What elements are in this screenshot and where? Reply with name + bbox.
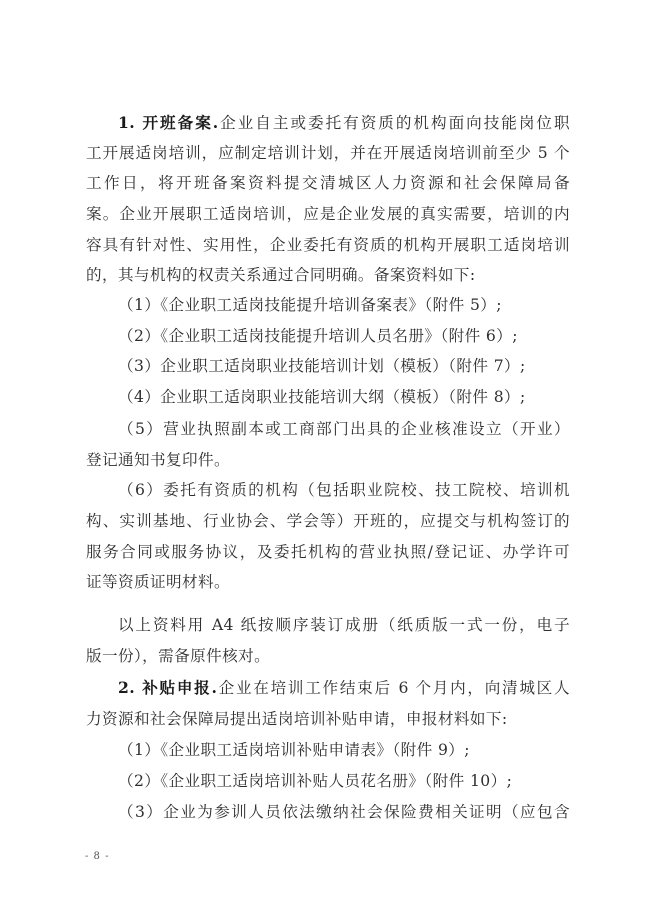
- list-item-5-cont: 登记通知书复印件。: [86, 449, 570, 471]
- list-item-6-cont-3: 证等资质证明材料。: [86, 571, 570, 593]
- list-item-3: （3）企业职工适岗职业技能培训计划（模板）（附件 7）;: [118, 355, 570, 377]
- list-item-2: （2）《企业职工适岗技能提升培训人员名册》（附件 6）;: [118, 325, 570, 347]
- section1-line-6: 的，其与机构的权责关系通过合同明确。备案资料如下:: [86, 264, 570, 286]
- section2-line-2: 力资源和社会保障局提出适岗培训补贴申请，申报材料如下:: [86, 708, 570, 730]
- list-item-5: （5）营业执照副本或工商部门出具的企业核准设立（开业）: [118, 418, 570, 440]
- list-item-1: （1）《企业职工适岗技能提升培训备案表》（附件 5）;: [118, 294, 570, 316]
- list-item-6-cont-2: 服务合同或服务协议，及委托机构的营业执照/登记证、办学许可: [86, 541, 570, 563]
- list-item-6: （6）委托有资质的机构（包括职业院校、技工院校、培训机: [118, 479, 570, 501]
- section1-line-5: 容具有针对性、实用性，企业委托有资质的机构开展职工适岗培训: [86, 234, 570, 256]
- section2-item-3: （3）企业为参训人员依法缴纳社会保险费相关证明（应包含: [118, 801, 570, 823]
- document-page: 1. 开班备案.企业自主或委托有资质的机构面向技能岗位职 工开展适岗培训，应制定…: [0, 0, 650, 913]
- section2-line-1: 2. 补贴申报.企业在培训工作结束后 6 个月内，向清城区人: [118, 677, 570, 699]
- section2-item-2: （2）《企业职工适岗培训补贴人员花名册》（附件 10）;: [118, 770, 570, 792]
- list-item-4: （4）企业职工适岗职业技能培训大纲（模板）（附件 8）;: [118, 386, 570, 408]
- section1-line-2: 工开展适岗培训，应制定培训计划，并在开展适岗培训前至少 5 个: [86, 142, 570, 164]
- list-item-6-cont-1: 构、实训基地、行业协会、学会等）开班的，应提交与机构签订的: [86, 510, 570, 532]
- section2-item-1: （1）《企业职工适岗培训补贴申请表》（附件 9）;: [118, 739, 570, 761]
- section1-heading: 1. 开班备案.: [118, 113, 219, 132]
- section1-line-1: 1. 开班备案.企业自主或委托有资质的机构面向技能岗位职: [118, 112, 570, 134]
- page-number: - 8 -: [85, 851, 109, 862]
- section1-line-3: 工作日，将开班备案资料提交清城区人力资源和社会保障局备: [86, 172, 570, 194]
- note-line-2: 版一份），需备原件核对。: [86, 645, 570, 667]
- section2-heading: 2. 补贴申报.: [118, 678, 217, 697]
- section1-line-4: 案。企业开展职工适岗培训，应是企业发展的真实需要，培训的内: [86, 203, 570, 225]
- note-line-1: 以上资料用 A4 纸按顺序装订成册（纸质版一式一份，电子: [118, 614, 570, 636]
